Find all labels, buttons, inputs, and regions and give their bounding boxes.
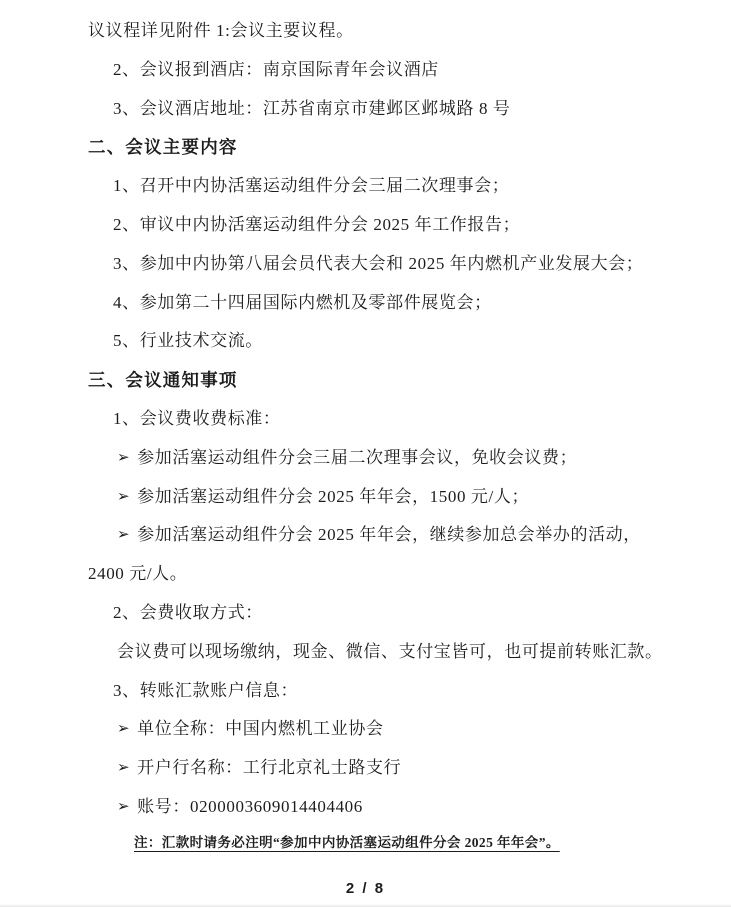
bullet-line-text: 开户行名称：工行北京礼士路支行 xyxy=(137,758,401,777)
body-line-continuation: 2400 元/人。 xyxy=(88,555,661,594)
list-item-payment-method: 2、会费收取方式： xyxy=(88,594,661,633)
bullet-line-unit-name: ➢单位全称：中国内燃机工业协会 xyxy=(88,710,661,749)
list-item: 3、参加中内协第八届会员代表大会和 2025 年内燃机产业发展大会； xyxy=(88,245,661,284)
list-item: 5、行业技术交流。 xyxy=(88,322,661,361)
document-page: 议议程详见附件 1:会议主要议程。 2、会议报到酒店：南京国际青年会议酒店 3、… xyxy=(0,0,731,907)
note-line: 注：汇款时请务必注明“参加中内协活塞运动组件分会 2025 年年会”。 xyxy=(88,827,661,859)
arrow-bullet-icon: ➢ xyxy=(117,710,130,749)
arrow-bullet-icon: ➢ xyxy=(117,788,130,827)
list-item-fee-standard: 1、会议费收费标准： xyxy=(88,400,661,439)
bullet-line-text: 账号：0200003609014404406 xyxy=(137,797,363,816)
list-item-hotel: 2、会议报到酒店：南京国际青年会议酒店 xyxy=(88,51,661,90)
arrow-bullet-icon: ➢ xyxy=(117,478,130,517)
bullet-line-bank-name: ➢开户行名称：工行北京礼士路支行 xyxy=(88,749,661,788)
list-item: 4、参加第二十四届国际内燃机及零部件展览会； xyxy=(88,284,661,323)
bullet-line: ➢参加活塞运动组件分会 2025 年年会，1500 元/人； xyxy=(88,478,661,517)
note-line-text: 注：汇款时请务必注明“参加中内协活塞运动组件分会 2025 年年会”。 xyxy=(134,835,560,850)
section-heading-notice-items: 三、会议通知事项 xyxy=(88,361,661,400)
arrow-bullet-icon: ➢ xyxy=(117,516,130,555)
arrow-bullet-icon: ➢ xyxy=(117,439,130,478)
list-item: 2、审议中内协活塞运动组件分会 2025 年工作报告； xyxy=(88,206,661,245)
bullet-line-text: 参加活塞运动组件分会 2025 年年会，继续参加总会举办的活动， xyxy=(137,525,641,544)
bullet-line-text: 单位全称：中国内燃机工业协会 xyxy=(137,719,383,738)
arrow-bullet-icon: ➢ xyxy=(117,749,130,788)
bullet-line-text: 参加活塞运动组件分会 2025 年年会，1500 元/人； xyxy=(137,487,529,506)
bullet-line: ➢参加活塞运动组件分会 2025 年年会，继续参加总会举办的活动， xyxy=(88,516,661,555)
body-line: 会议费可以现场缴纳，现金、微信、支付宝皆可，也可提前转账汇款。 xyxy=(88,633,661,672)
section-heading-main-content: 二、会议主要内容 xyxy=(88,128,661,167)
bullet-line-account-number: ➢账号：0200003609014404406 xyxy=(88,788,661,827)
bullet-line-text: 参加活塞运动组件分会三届二次理事会议，免收会议费； xyxy=(137,448,577,467)
body-line: 议议程详见附件 1:会议主要议程。 xyxy=(88,12,661,51)
bullet-line: ➢参加活塞运动组件分会三届二次理事会议，免收会议费； xyxy=(88,439,661,478)
list-item-hotel-address: 3、会议酒店地址：江苏省南京市建邺区邺城路 8 号 xyxy=(88,90,661,129)
list-item-account-info: 3、转账汇款账户信息： xyxy=(88,672,661,711)
page-number: 2 / 8 xyxy=(0,880,731,897)
list-item: 1、召开中内协活塞运动组件分会三届二次理事会； xyxy=(88,167,661,206)
